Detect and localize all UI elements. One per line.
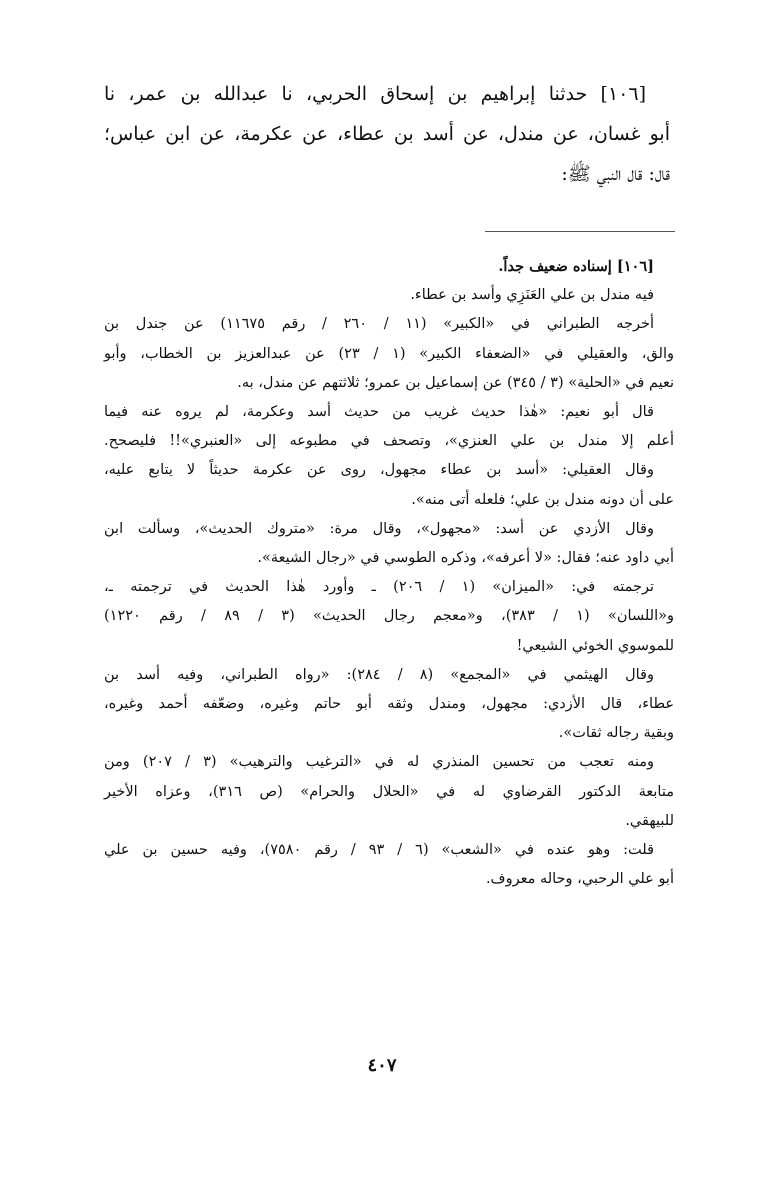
footnote-line: قلت: وهو عنده في «الشعب» (٦ / ٩٣ / رقم ٧…: [104, 836, 674, 865]
footnote-line: للموسوي الخوئي الشيعي!: [104, 632, 674, 661]
footnote-line: أبي داود عنه؛ فقال: «لا أعرفه»، وذكره ال…: [104, 544, 674, 573]
footnote-heading: [١٠٦] إسناده ضعيف جداً.: [104, 252, 674, 281]
hadith-line: [١٠٦] حدثنا إبراهيم بن إسحاق الحربي، نا …: [104, 74, 670, 114]
footnote-line: متابعة الدكتور القرضاوي له في «الحلال وا…: [104, 778, 674, 807]
footnote-line: وقال العقيلي: «أسد بن عطاء مجهول، روى عن…: [104, 456, 674, 485]
footnote-line: فيه مندل بن علي العَنَزِي وأسد بن عطاء.: [104, 281, 674, 310]
footnote-line: ترجمته في: «الميزان» (١ / ٢٠٦) ـ وأورد ه…: [104, 573, 674, 602]
footnote-line: و«اللسان» (١ / ٣٨٣)، و«معجم رجال الحديث»…: [104, 602, 674, 631]
page-number: ٤٠٧: [0, 1055, 764, 1076]
footnote-separator: [485, 231, 675, 232]
footnote-line: ومنه تعجب من تحسين المنذري له في «الترغي…: [104, 748, 674, 777]
footnote-line: أعلم إلا مندل بن علي العنزي»، وتصحف في م…: [104, 427, 674, 456]
footnote-line: على أن دونه مندل بن علي؛ فلعله أتى منه».: [104, 486, 674, 515]
footnote-block: [١٠٦] إسناده ضعيف جداً. فيه مندل بن علي …: [104, 252, 674, 894]
footnote-line: والق، والعقيلي في «الضعفاء الكبير» (١ / …: [104, 340, 674, 369]
footnote-line: نعيم في «الحلية» (٣ / ٣٤٥) عن إسماعيل بن…: [104, 369, 674, 398]
footnote-line: قال أبو نعيم: «هٰذا حديث غريب من حديث أس…: [104, 398, 674, 427]
footnote-line: أبو علي الرحبي، وحاله معروف.: [104, 865, 674, 894]
footnote-line: أخرجه الطبراني في «الكبير» (١١ / ٢٦٠ / ر…: [104, 310, 674, 339]
footnote-line: للبيهقي.: [104, 807, 674, 836]
book-page: [١٠٦] حدثنا إبراهيم بن إسحاق الحربي، نا …: [0, 0, 764, 1181]
hadith-text: [١٠٦] حدثنا إبراهيم بن إسحاق الحربي، نا …: [104, 74, 670, 194]
hadith-line: قال: قال النبي ﷺ:: [104, 154, 670, 194]
footnote-line: وقال الهيثمي في «المجمع» (٨ / ٢٨٤): «روا…: [104, 661, 674, 690]
hadith-line: أبو غسان، عن مندل، عن أسد بن عطاء، عن عك…: [104, 114, 670, 154]
footnote-line: عطاء، قال الأزدي: مجهول، ومندل وثقه أبو …: [104, 690, 674, 719]
footnote-line: وبقية رجاله ثقات».: [104, 719, 674, 748]
footnote-line: وقال الأزدي عن أسد: «مجهول»، وقال مرة: «…: [104, 515, 674, 544]
